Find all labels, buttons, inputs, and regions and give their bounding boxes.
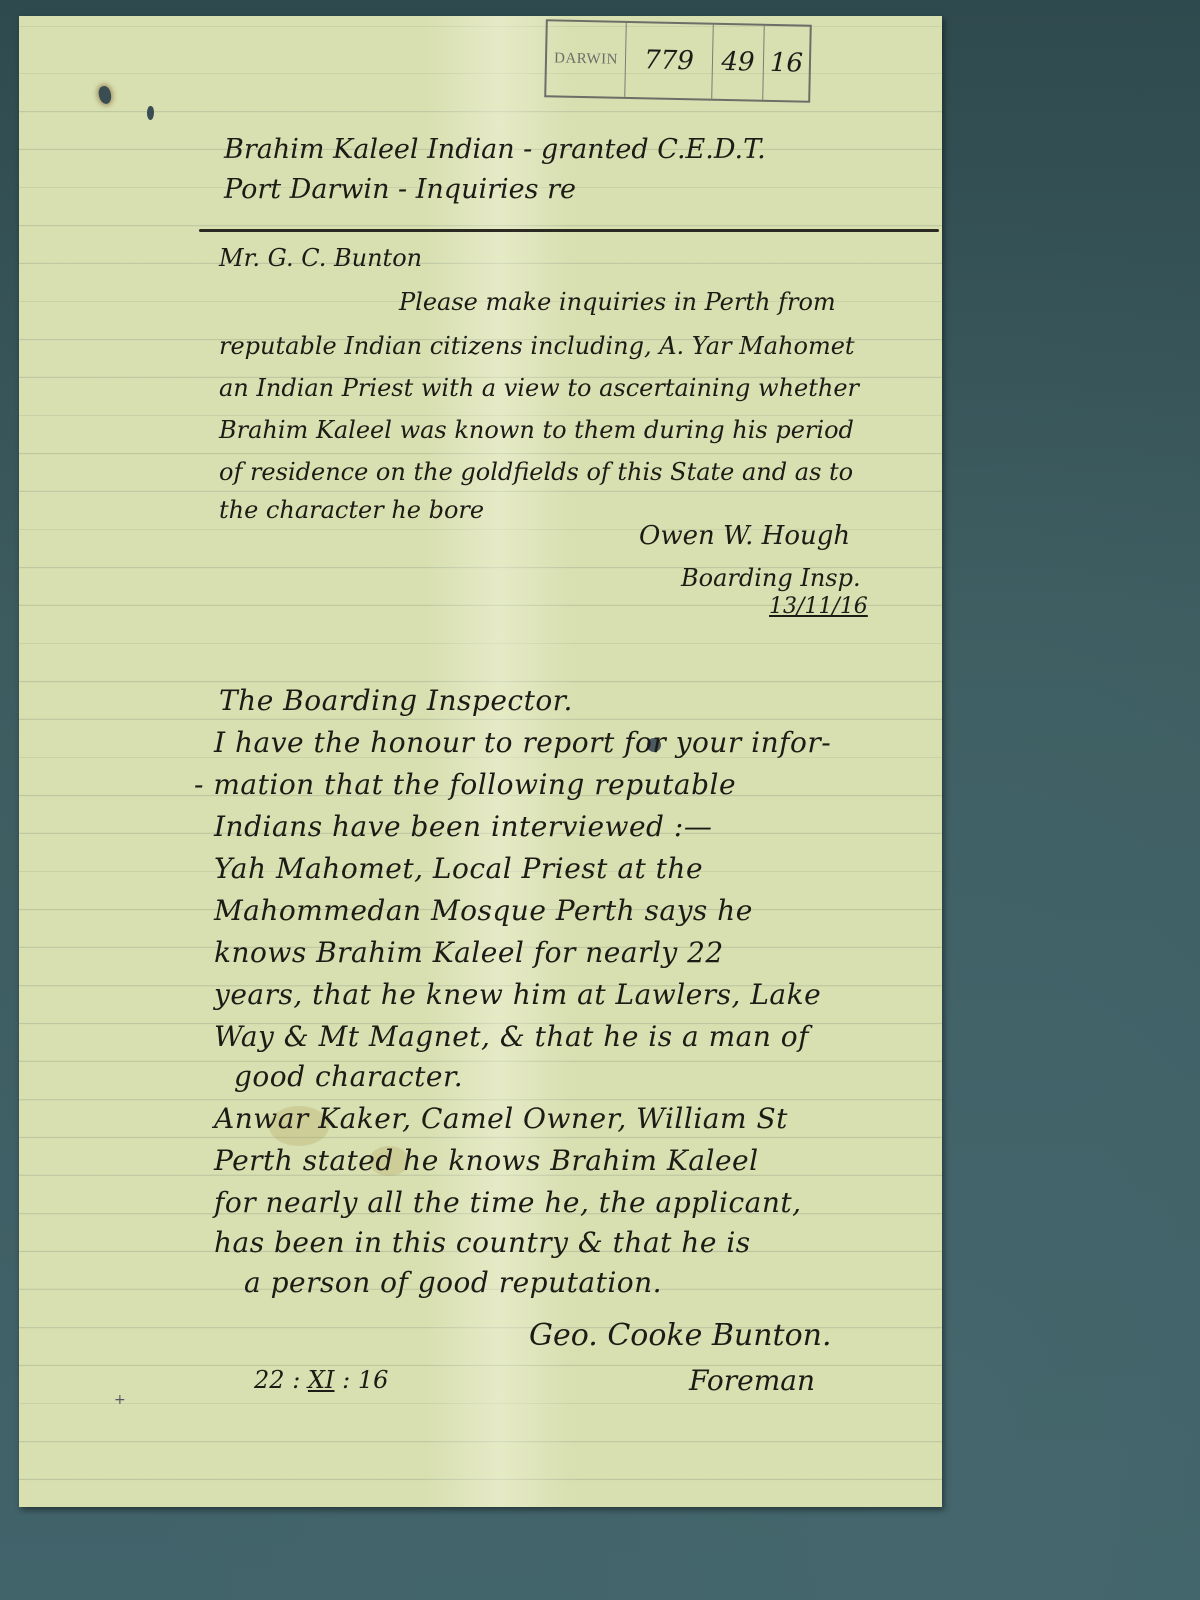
date-separator: : — [292, 1366, 300, 1394]
registry-stamp: DARWIN 779 49 16 — [544, 19, 812, 103]
report-line: a person of good reputation. — [244, 1266, 662, 1299]
memo-signature: Owen W. Hough — [639, 521, 850, 551]
stamp-year: 16 — [763, 26, 810, 101]
stamp-file-number-2: 49 — [712, 25, 765, 100]
report-signature: Geo. Cooke Bunton. — [529, 1318, 832, 1353]
report-line: Perth stated he knows Brahim Kaleel — [214, 1144, 759, 1177]
memo-date: 13/11/16 — [769, 594, 868, 619]
report-line: I have the honour to report for your inf… — [214, 726, 831, 759]
report-addressee: The Boarding Inspector. — [219, 684, 573, 717]
memo-line: reputable Indian citizens including, A. … — [219, 332, 855, 360]
subject-line-1: Brahim Kaleel Indian - granted C.E.D.T. — [224, 134, 766, 165]
memo-line: the character he bore — [219, 496, 484, 524]
report-line: knows Brahim Kaleel for nearly 22 — [214, 936, 724, 969]
report-line: Way & Mt Magnet, & that he is a man of — [214, 1020, 809, 1053]
report-line: Anwar Kaker, Camel Owner, William St — [214, 1102, 788, 1135]
report-signatory-title: Foreman — [689, 1364, 815, 1397]
report-line: Yah Mahomet, Local Priest at the — [214, 852, 703, 885]
memo-addressee: Mr. G. C. Bunton — [219, 244, 422, 272]
memo-line: an Indian Priest with a view to ascertai… — [219, 374, 859, 402]
report-line: has been in this country & that he is — [214, 1226, 751, 1259]
report-date-year: 16 — [358, 1366, 389, 1394]
subject-line-2: Port Darwin - Inquiries re — [224, 174, 576, 205]
stamp-label: DARWIN — [546, 21, 627, 97]
report-line: good character. — [234, 1060, 463, 1093]
pencil-cross-mark: + — [114, 1392, 126, 1408]
report-line: Mahommedan Mosque Perth says he — [214, 894, 753, 927]
report-line: years, that he knew him at Lawlers, Lake — [214, 978, 821, 1011]
report-line: - mation that the following reputable — [194, 768, 736, 801]
report-date-day: 22 — [254, 1366, 285, 1394]
memo-line: Please make inquiries in Perth from — [399, 288, 836, 316]
report-line: for nearly all the time he, the applican… — [214, 1186, 802, 1219]
date-separator: : — [342, 1366, 350, 1394]
pin-hole — [147, 106, 154, 120]
report-line: Indians have been interviewed :— — [214, 810, 712, 843]
document-sheet: DARWIN 779 49 16 Brahim Kaleel Indian - … — [19, 16, 942, 1507]
stamp-file-number: 779 — [625, 23, 714, 99]
memo-signatory-title: Boarding Insp. — [681, 564, 861, 592]
report-date-month: XI — [308, 1366, 335, 1394]
memo-line: of residence on the goldfields of this S… — [219, 458, 853, 486]
memo-line: Brahim Kaleel was known to them during h… — [219, 416, 854, 444]
header-divider — [199, 229, 939, 232]
pin-hole — [97, 85, 113, 105]
report-date: 22 : XI : 16 — [254, 1366, 388, 1394]
